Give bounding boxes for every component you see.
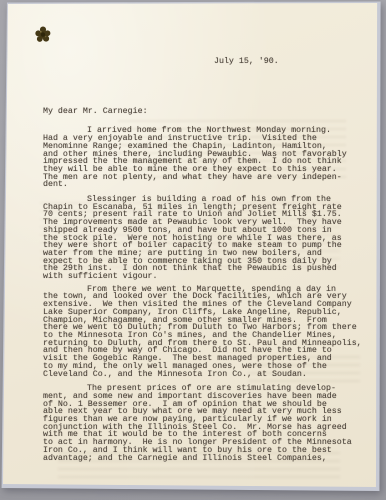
paper-wrapper: July 15, '90. My dear Mr. Carnegie: I ar… bbox=[0, 0, 386, 500]
salutation: My dear Mr. Carnegie: bbox=[43, 108, 366, 116]
scanned-letter-page: July 15, '90. My dear Mr. Carnegie: I ar… bbox=[0, 0, 386, 500]
letter-content: July 15, '90. My dear Mr. Carnegie: I ar… bbox=[43, 58, 366, 462]
letter-paragraph: From there we went to Marquette, spendin… bbox=[43, 286, 366, 378]
letter-paragraph: Slessinger is building a road of his own… bbox=[43, 196, 366, 281]
letter-body: I arrived home from the Northwest Monday… bbox=[43, 127, 366, 462]
flower-seal-icon bbox=[34, 25, 52, 45]
letter-paper: July 15, '90. My dear Mr. Carnegie: I ar… bbox=[0, 0, 386, 500]
letter-paragraph: The present prices of ore are stimulatin… bbox=[43, 385, 366, 462]
letter-date: July 15, '90. bbox=[214, 58, 366, 66]
letter-paragraph: I arrived home from the Northwest Monday… bbox=[43, 127, 366, 189]
